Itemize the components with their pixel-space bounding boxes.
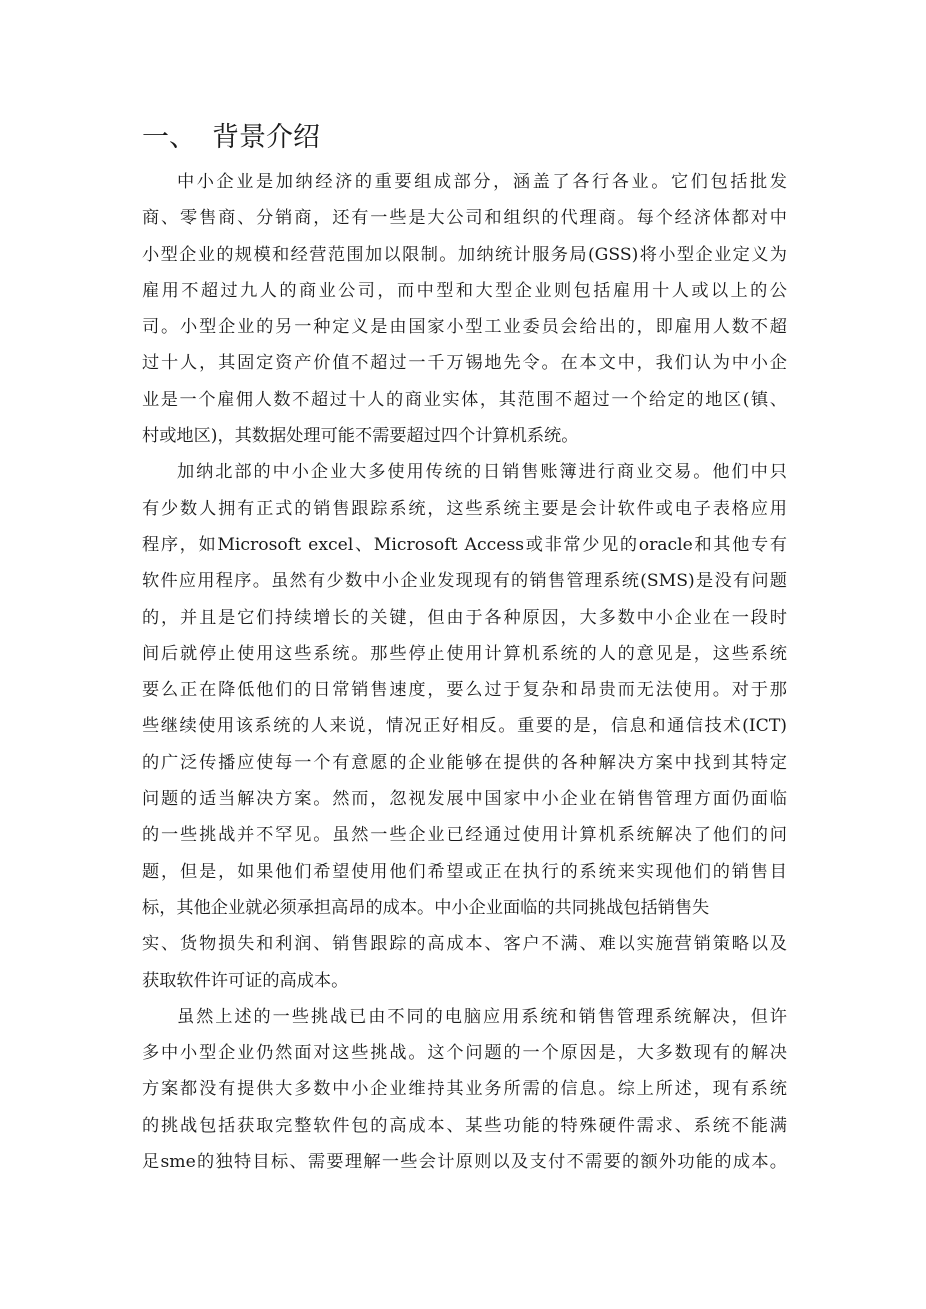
text-line: 标，其他企业就必须承担高昂的成本。中小企业面临的共同挑战包括销售失 [142, 890, 787, 926]
text-line: 题，但是，如果他们希望使用他们希望或正在执行的系统来实现他们的销售目 [142, 854, 787, 890]
text-line: 的挑战包括获取完整软件包的高成本、某些功能的特殊硬件需求、系统不能满 [142, 1108, 787, 1144]
text-line: 程序，如Microsoft excel、Microsoft Access或非常少… [142, 527, 787, 563]
text-line: 雇用不超过九人的商业公司，而中型和大型企业则包括雇用十人或以上的公 [142, 273, 787, 309]
paragraph-1: 中小企业是加纳经济的重要组成部分，涵盖了各行各业。它们包括批发 商、零售商、分销… [142, 164, 787, 454]
text-line: 的广泛传播应使每一个有意愿的企业能够在提供的各种解决方案中找到其特定 [142, 745, 787, 781]
text-line: 要么正在降低他们的日常销售速度，要么过于复杂和昂贵而无法使用。对于那 [142, 672, 787, 708]
document-page: 一、背景介绍 中小企业是加纳经济的重要组成部分，涵盖了各行各业。它们包括批发 商… [0, 0, 926, 1309]
text-line: 中小企业是加纳经济的重要组成部分，涵盖了各行各业。它们包括批发 [142, 164, 787, 200]
body-text: 中小企业是加纳经济的重要组成部分，涵盖了各行各业。它们包括批发 商、零售商、分销… [142, 164, 787, 1180]
text-line: 村或地区)，其数据处理可能不需要超过四个计算机系统。 [142, 418, 787, 454]
paragraph-2: 加纳北部的中小企业大多使用传统的日销售账簿进行商业交易。他们中只 有少数人拥有正… [142, 454, 787, 998]
text-line: 司。小型企业的另一种定义是由国家小型工业委员会给出的，即雇用人数不超 [142, 309, 787, 345]
text-line: 实、货物损失和利润、销售跟踪的高成本、客户不满、难以实施营销策略以及 [142, 926, 787, 962]
text-line: 的，并且是它们持续增长的关键，但由于各种原因，大多数中小企业在一段时 [142, 600, 787, 636]
text-line: 些继续使用该系统的人来说，情况正好相反。重要的是，信息和通信技术(ICT) [142, 708, 787, 744]
text-line: 足sme的独特目标、需要理解一些会计原则以及支付不需要的额外功能的成本。 [142, 1144, 787, 1180]
text-line: 小型企业的规模和经营范围加以限制。加纳统计服务局(GSS)将小型企业定义为 [142, 237, 787, 273]
text-line: 多中小型企业仍然面对这些挑战。这个问题的一个原因是，大多数现有的解决 [142, 1035, 787, 1071]
section-number: 一、 [142, 118, 212, 158]
text-line: 问题的适当解决方案。然而，忽视发展中国家中小企业在销售管理方面仍面临 [142, 781, 787, 817]
paragraph-3: 虽然上述的一些挑战已由不同的电脑应用系统和销售管理系统解决，但许 多中小型企业仍… [142, 999, 787, 1180]
text-line: 有少数人拥有正式的销售跟踪系统，这些系统主要是会计软件或电子表格应用 [142, 491, 787, 527]
text-line: 过十人，其固定资产价值不超过一千万锡地先令。在本文中，我们认为中小企 [142, 345, 787, 381]
text-line: 加纳北部的中小企业大多使用传统的日销售账簿进行商业交易。他们中只 [142, 454, 787, 490]
text-line: 商、零售商、分销商，还有一些是大公司和组织的代理商。每个经济体都对中 [142, 200, 787, 236]
text-line: 获取软件许可证的高成本。 [142, 963, 787, 999]
text-line: 间后就停止使用这些系统。那些停止使用计算机系统的人的意见是，这些系统 [142, 636, 787, 672]
text-line: 方案都没有提供大多数中小企业维持其业务所需的信息。综上所述，现有系统 [142, 1071, 787, 1107]
section-title: 背景介绍 [212, 122, 320, 153]
text-line: 软件应用程序。虽然有少数中小企业发现现有的销售管理系统(SMS)是没有问题 [142, 563, 787, 599]
text-line: 的一些挑战并不罕见。虽然一些企业已经通过使用计算机系统解决了他们的问 [142, 817, 787, 853]
section-heading: 一、背景介绍 [142, 118, 320, 158]
text-line: 虽然上述的一些挑战已由不同的电脑应用系统和销售管理系统解决，但许 [142, 999, 787, 1035]
text-line: 业是一个雇佣人数不超过十人的商业实体，其范围不超过一个给定的地区(镇、 [142, 382, 787, 418]
